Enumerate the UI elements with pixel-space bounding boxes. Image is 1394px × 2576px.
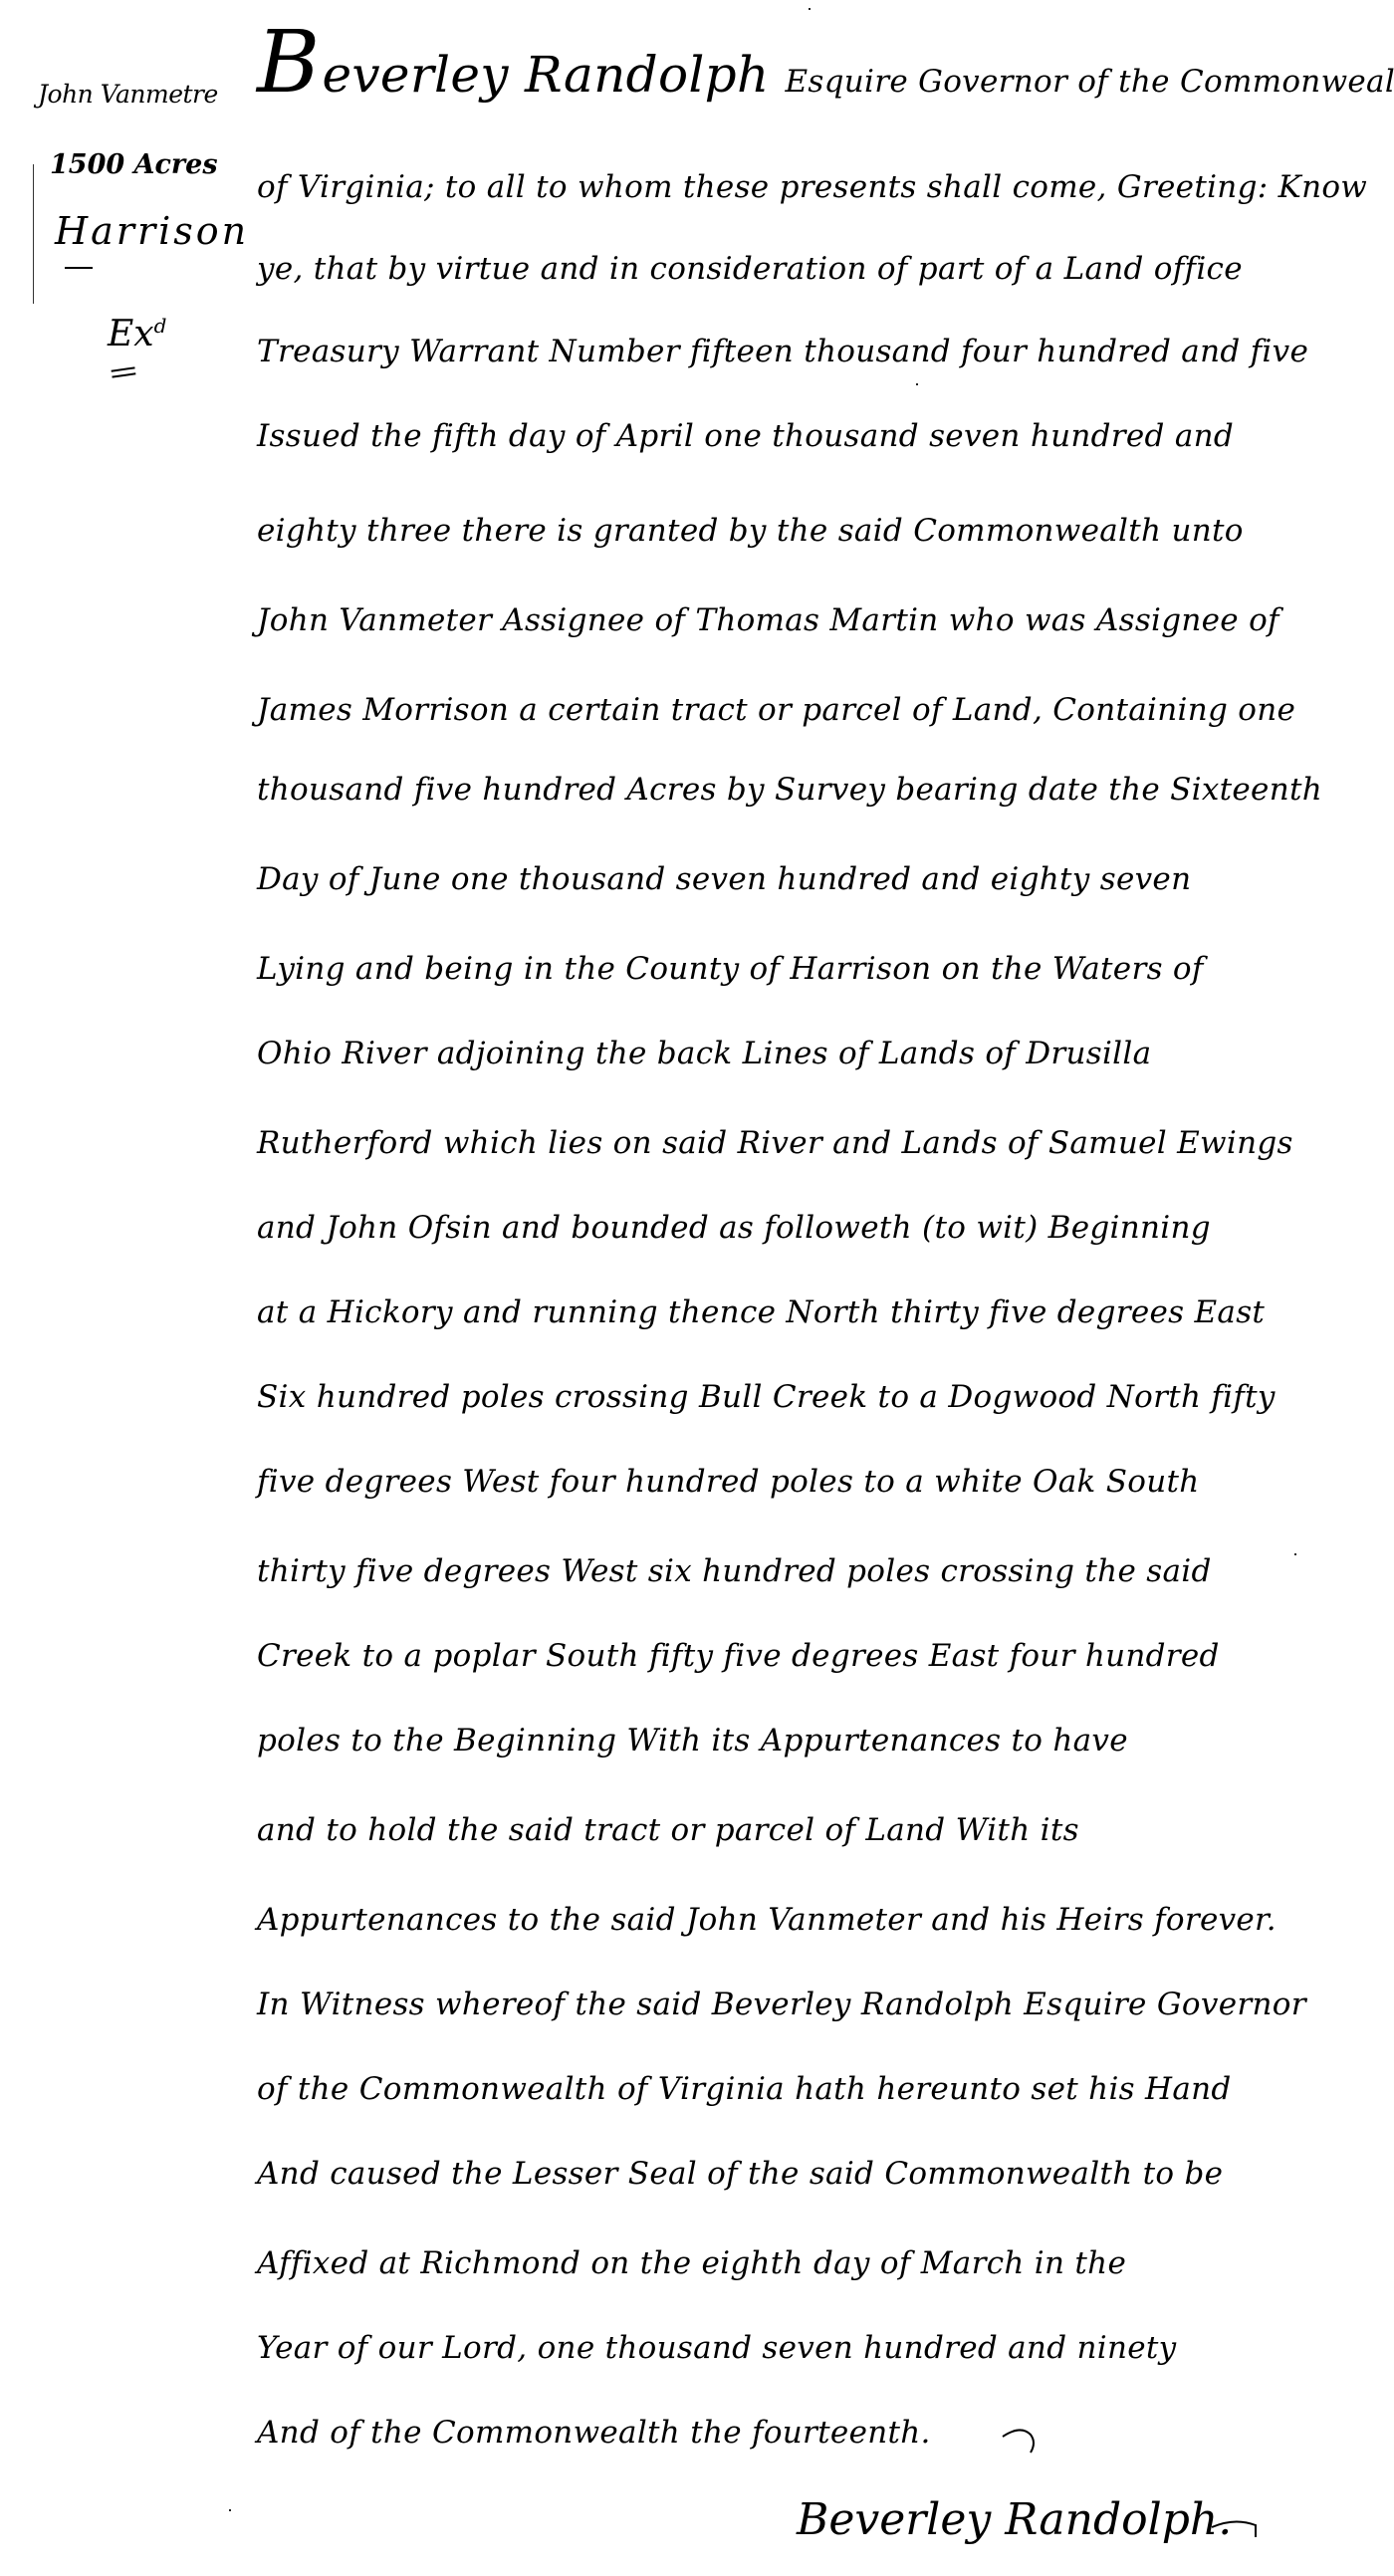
grant-line: Day of June one thousand seven hundred a… xyxy=(257,861,1191,897)
grant-line: thirty five degrees West six hundred pol… xyxy=(257,1553,1212,1589)
grant-line: ye, that by virtue and in consideration … xyxy=(257,251,1243,287)
grant-line: Issued the fifth day of April one thousa… xyxy=(257,418,1234,454)
scan-speck xyxy=(1294,1553,1296,1555)
grant-line: Esquire Governor of the Commonwealth xyxy=(785,64,1394,100)
scan-speck xyxy=(809,8,811,10)
closing-flourish-icon xyxy=(1001,2425,1041,2455)
governor-signature: Beverley Randolph. xyxy=(797,2494,1232,2545)
scan-speck xyxy=(229,2509,231,2511)
margin-acreage: 1500 Acres xyxy=(50,149,218,180)
grant-line: And of the Commonwealth the fourteenth. xyxy=(257,2415,931,2451)
grant-line: and to hold the said tract or parcel of … xyxy=(257,1812,1079,1848)
governor-name: everley Randolph xyxy=(323,46,770,104)
margin-bracket xyxy=(33,164,34,304)
grant-line: Six hundred poles crossing Bull Creek to… xyxy=(257,1379,1276,1415)
grant-line-opening: Beverley RandolphEsquire Governor of the… xyxy=(257,20,1394,106)
margin-examined-mark: Exd xyxy=(108,314,166,354)
scan-speck xyxy=(538,1046,540,1048)
grant-line: five degrees West four hundred poles to … xyxy=(257,1464,1200,1500)
grant-line: Rutherford which lies on said River and … xyxy=(257,1125,1293,1161)
grant-line: Ohio River adjoining the back Lines of L… xyxy=(257,1036,1151,1071)
grant-line: eighty three there is granted by the sai… xyxy=(257,513,1244,549)
document-page: John Vanmetre 1500 Acres Harrison Exd Be… xyxy=(0,0,1394,2576)
examined-double-underline xyxy=(112,366,136,377)
grant-line: In Witness whereof the said Beverley Ran… xyxy=(257,1987,1306,2022)
grant-line: John Vanmeter Assignee of Thomas Martin … xyxy=(257,602,1279,638)
grant-line: at a Hickory and running thence North th… xyxy=(257,1294,1265,1330)
county-underline xyxy=(65,267,93,269)
grant-line: of Virginia; to all to whom these presen… xyxy=(257,169,1367,205)
opening-initial: B xyxy=(257,13,321,113)
grant-line: thousand five hundred Acres by Survey be… xyxy=(257,772,1322,808)
grant-line: of the Commonwealth of Virginia hath her… xyxy=(257,2071,1232,2107)
grant-line: Creek to a poplar South fifty five degre… xyxy=(257,1638,1220,1674)
grant-line: Treasury Warrant Number fifteen thousand… xyxy=(257,334,1308,369)
grant-line: Appurtenances to the said John Vanmeter … xyxy=(257,1902,1277,1938)
grant-line: Year of our Lord, one thousand seven hun… xyxy=(257,2330,1176,2366)
margin-county: Harrison xyxy=(55,209,249,253)
scan-speck xyxy=(916,383,918,385)
grant-line: Lying and being in the County of Harriso… xyxy=(257,951,1204,987)
grant-line: poles to the Beginning With its Appurten… xyxy=(257,1723,1128,1758)
grant-line: Affixed at Richmond on the eighth day of… xyxy=(257,2245,1126,2281)
margin-grantee-name: John Vanmetre xyxy=(38,80,218,109)
grant-line: James Morrison a certain tract or parcel… xyxy=(257,692,1295,728)
grant-line: and John Ofsin and bounded as followeth … xyxy=(257,1210,1211,1246)
signature-flourish-icon xyxy=(1210,2519,1260,2539)
grant-line: And caused the Lesser Seal of the said C… xyxy=(257,2156,1223,2192)
